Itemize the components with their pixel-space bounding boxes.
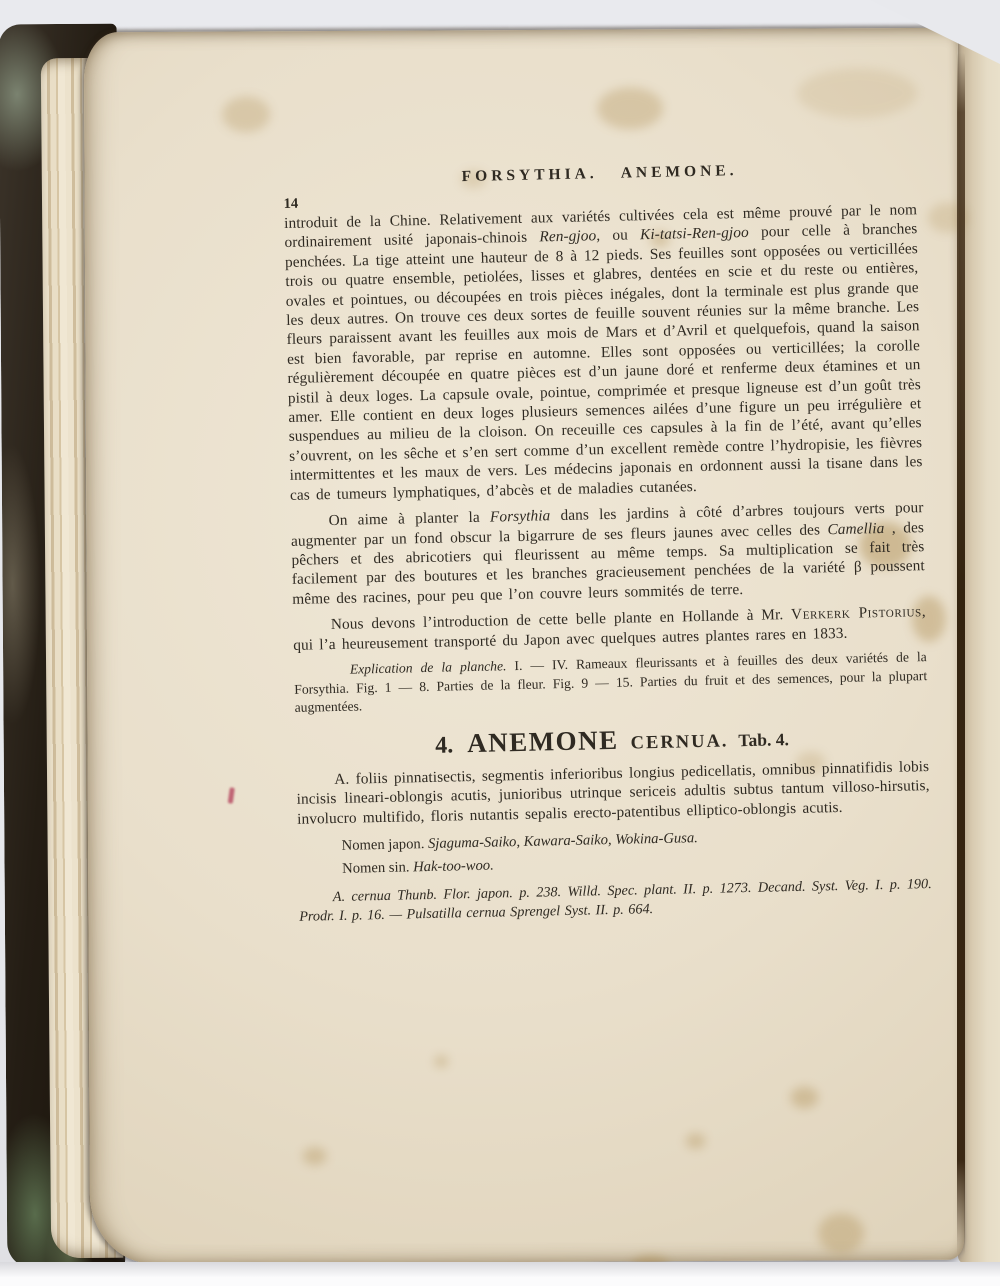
foxing-stain [303,1147,327,1165]
backdrop-bottom-strip [0,1262,1000,1286]
species-epithet: CERNUA. [630,731,728,753]
book-gutter [957,52,965,1256]
paragraph-forsythia-introduction: Nous devons l’introduction de cette bell… [293,602,927,655]
plate-explanation: Explication de la planche. I. — IV. Rame… [294,648,928,718]
page-number: 14 [284,196,299,213]
section-heading-anemone: 4.ANEMONECERNUA.Tab. 4. [295,718,929,763]
nomen-sin-label: Nomen sin. [342,860,410,877]
text-segment: Ren-gjoo, [539,228,600,246]
nomen-japon-value: Sjaguma-Saiko, Kawara-Saiko, Wokina-Gusa… [428,830,698,852]
page-content: FORSYTHIA. ANEMONE. 14 introduit de la C… [283,158,932,928]
text-segment: Forsythia [490,507,551,525]
foxing-stain [797,68,917,119]
article-forsythia: introduit de la Chine. Relativement aux … [284,200,932,928]
nomen-sin-value: Hak-too-woo. [413,858,494,876]
nomen-japon-label: Nomen japon. [342,836,425,854]
section-number: 4. [435,732,454,758]
genus-name: ANEMONE [467,725,619,758]
text-segment: On aime à planter la [328,509,490,530]
text-segment: Explication de la planche. [350,658,507,676]
foxing-stain [434,1055,448,1067]
foxing-stain [597,87,663,129]
text-segment: Ki-tatsi-Ren-gjoo [640,224,749,243]
foxing-stain [222,96,270,132]
text-segment: I. — IV. Rameaux fleurissants et à feuil… [294,649,927,715]
text-segment: Camellia [827,519,884,537]
text-segment: ou [600,227,640,245]
foxing-stain [818,1213,864,1253]
foxing-stain [686,1133,706,1149]
person-name: Verkerk Pistorius [791,603,922,623]
paragraph-forsythia-gardens: On aime à planter la Forsythia dans les … [290,498,925,609]
paragraph-forsythia-description: introduit de la Chine. Relativement aux … [284,200,923,505]
latin-diagnosis: A. foliis pinnatisectis, segmentis infer… [296,757,930,829]
plate-reference: Tab. 4. [738,729,789,750]
text-segment: pour celle à branches penchées. La tige … [285,221,923,504]
foxing-stain [790,1086,818,1108]
red-ink-mark [228,787,235,804]
